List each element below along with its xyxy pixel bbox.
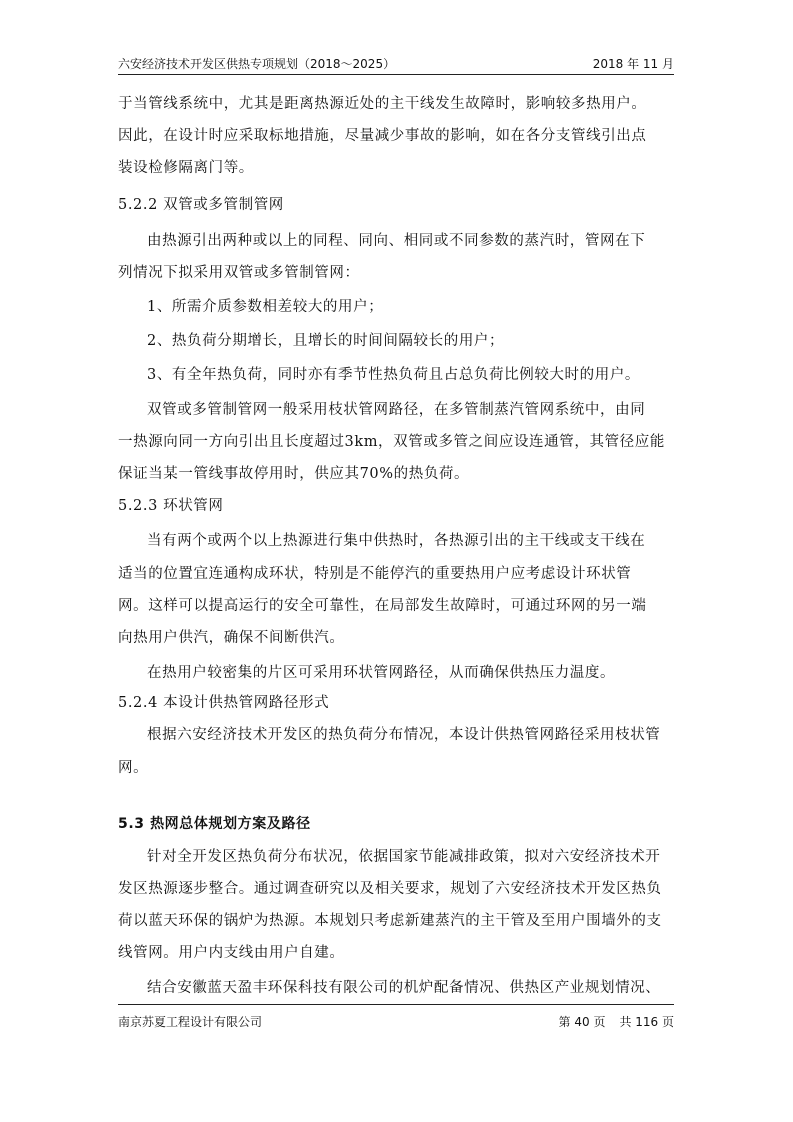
page-info: 第 40 页共 116 页 [559, 1013, 674, 1030]
paragraph-line: 1、所需介质参数相差较大的用户； [118, 295, 383, 316]
paragraph-line: 结合安徽蓝天盈丰环保科技有限公司的机炉配备情况、供热区产业规划情况、 [118, 976, 660, 997]
paragraph-line: 适当的位置宜连通构成环状，特别是不能停汽的重要热用户应考虑设计环状管 [118, 562, 631, 583]
paragraph-line: 2、热负荷分期增长，且增长的时间间隔较长的用户； [118, 329, 504, 350]
document-date: 2018 年 11 月 [593, 55, 674, 72]
section-heading: 5.2.3 环状管网 [118, 494, 224, 515]
paragraph-line: 由热源引出两种或以上的同程、同向、相同或不同参数的蒸汽时，管网在下 [118, 229, 645, 250]
page-number: 第 40 页 [559, 1015, 606, 1029]
paragraph-line: 根据六安经济技术开发区的热负荷分布情况，本设计供热管网路径采用枝状管 [118, 723, 660, 744]
paragraph-line: 装设检修隔离门等。 [118, 156, 254, 177]
paragraph-line: 列情况下拟采用双管或多管制管网： [118, 261, 360, 282]
footer-divider [118, 1004, 674, 1005]
document-title: 六安经济技术开发区供热专项规划（2018～2025） [118, 55, 395, 72]
page-total: 共 116 页 [619, 1015, 674, 1029]
page-footer: 南京苏夏工程设计有限公司 第 40 页共 116 页 [118, 1013, 674, 1033]
paragraph-line: 3、有全年热负荷，同时亦有季节性热负荷且占总负荷比例较大时的用户。 [118, 363, 640, 384]
paragraph-line: 网。这样可以提高运行的安全可靠性，在局部发生故障时，可通过环网的另一端 [118, 594, 647, 615]
paragraph-line: 保证当某一管线事故停用时，供应其70%的热负荷。 [118, 462, 469, 483]
paragraph-line: 于当管线系统中，尤其是距离热源近处的主干线发生故障时，影响较多热用户。 [118, 92, 647, 113]
company-name: 南京苏夏工程设计有限公司 [118, 1013, 262, 1030]
page-header: 六安经济技术开发区供热专项规划（2018～2025） 2018 年 11 月 [118, 55, 674, 75]
paragraph-line: 向热用户供汽，确保不间断供汽。 [118, 626, 345, 647]
section-heading: 5.2.4 本设计供热管网路径形式 [118, 691, 329, 712]
paragraph-line: 线管网。用户内支线由用户自建。 [118, 941, 345, 962]
paragraph-line: 发区热源逐步整合。通过调查研究以及相关要求，规划了六安经济技术开发区热负 [118, 877, 662, 898]
paragraph-line: 荷以蓝天环保的锅炉为热源。本规划只考虑新建蒸汽的主干管及至用户围墙外的支 [118, 909, 662, 930]
paragraph-line: 因此，在设计时应采取标地措施，尽量减少事故的影响，如在各分支管线引出点 [118, 124, 647, 145]
paragraph-line: 在热用户较密集的片区可采用环状管网路径，从而确保供热压力温度。 [118, 661, 615, 682]
header-divider [118, 74, 674, 75]
paragraph-line: 当有两个或两个以上热源进行集中供热时，各热源引出的主干线或支干线在 [118, 529, 645, 550]
section-heading: 5.3 热网总体规划方案及路径 [118, 813, 311, 833]
paragraph-line: 双管或多管制管网一般采用枝状管网路径，在多管制蒸汽管网系统中，由同 [118, 398, 645, 419]
section-heading: 5.2.2 双管或多管制管网 [118, 193, 284, 214]
paragraph-line: 网。 [118, 756, 148, 777]
paragraph-line: 一热源向同一方向引出且长度超过3km，双管或多管之间应设连通管，其管径应能 [118, 430, 665, 451]
paragraph-line: 针对全开发区热负荷分布状况，依据国家节能减排政策，拟对六安经济技术开 [118, 845, 660, 866]
